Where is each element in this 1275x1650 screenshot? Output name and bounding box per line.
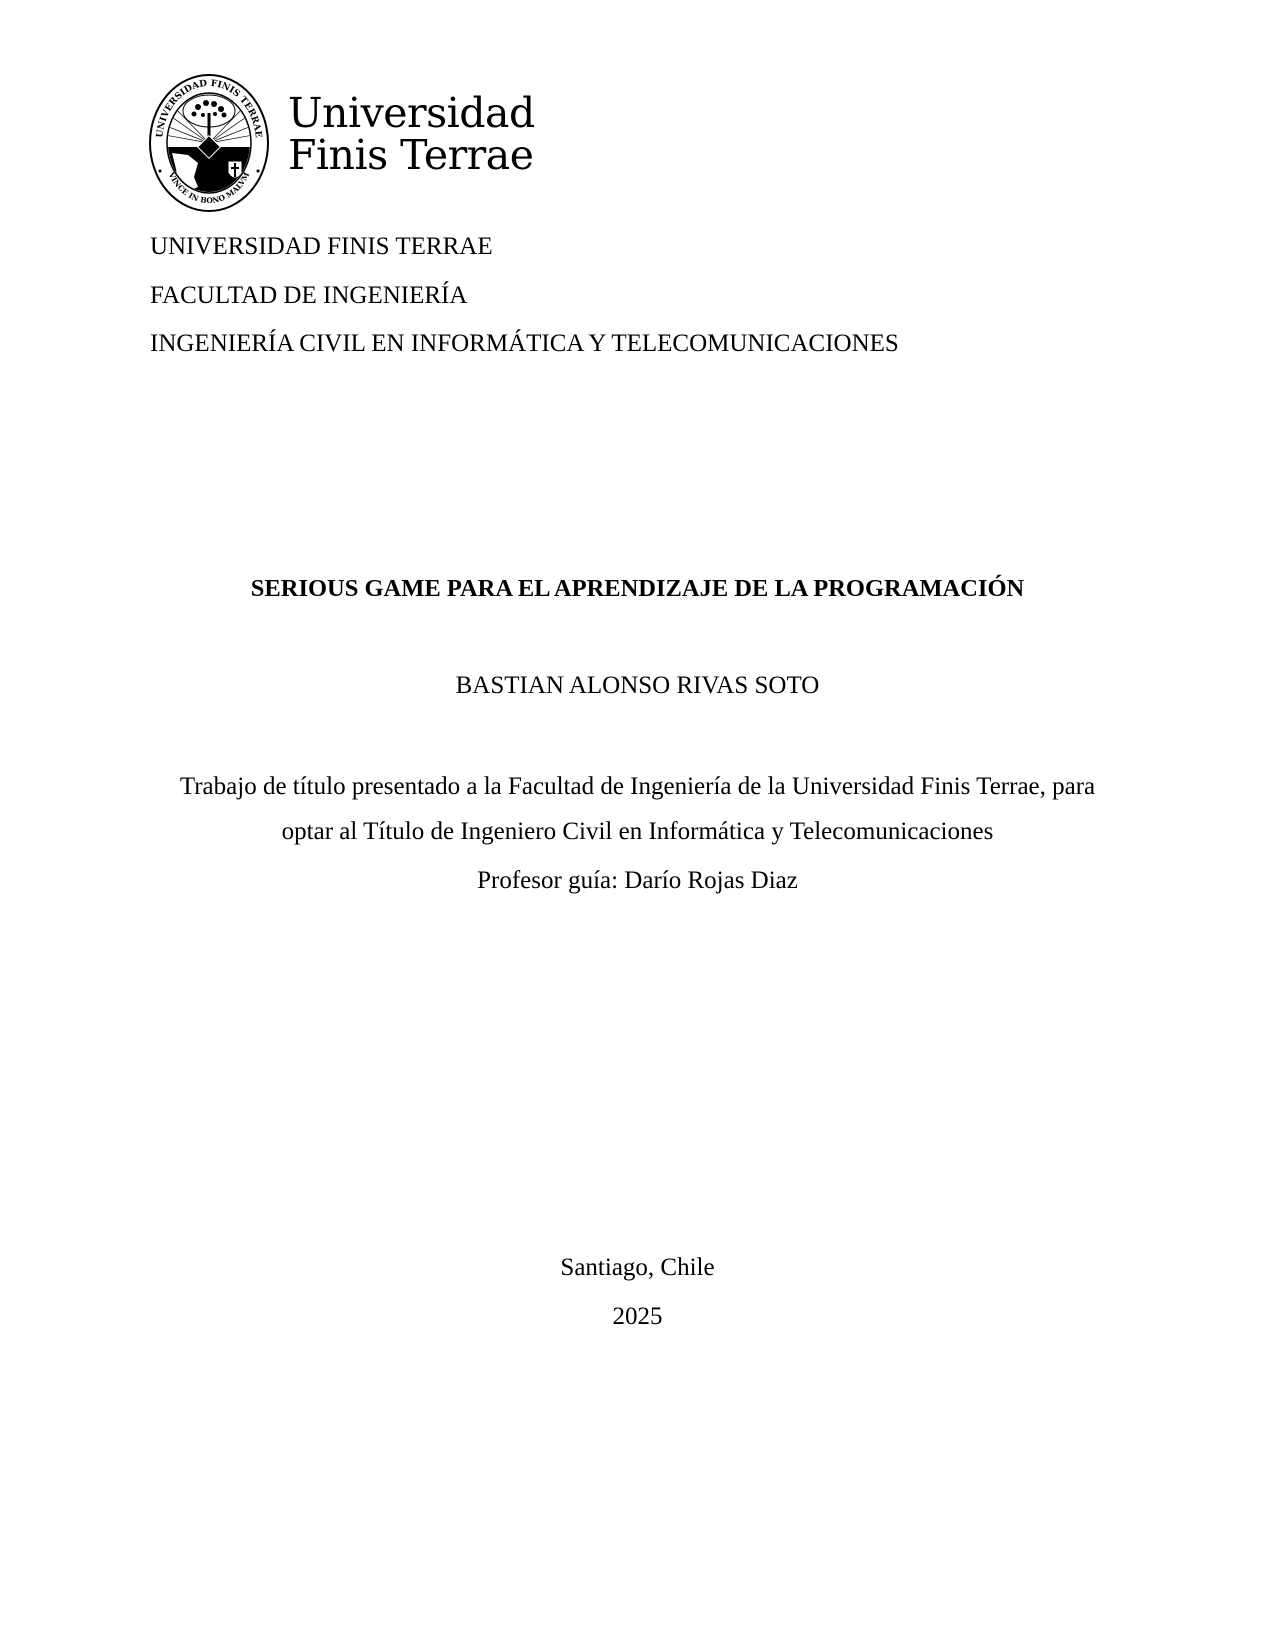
- year: 2025: [0, 1302, 1275, 1332]
- university-wordmark: Universidad Finis Terrae: [288, 92, 535, 176]
- author-name: BASTIAN ALONSO RIVAS SOTO: [0, 671, 1275, 701]
- description-line-2: optar al Título de Ingeniero Civil en In…: [0, 817, 1275, 847]
- thesis-title: SERIOUS GAME PARA EL APRENDIZAJE DE LA P…: [0, 574, 1275, 604]
- university-seal-icon: UNIVERSIDAD FINIS TERRAE VINCE IN BONO M…: [148, 73, 270, 213]
- advisor: Profesor guía: Darío Rojas Diaz: [0, 866, 1275, 896]
- faculty-name: FACULTAD DE INGENIERÍA: [150, 281, 467, 311]
- location: Santiago, Chile: [0, 1253, 1275, 1283]
- program-name: INGENIERÍA CIVIL EN INFORMÁTICA Y TELECO…: [150, 329, 899, 359]
- institution-name: UNIVERSIDAD FINIS TERRAE: [150, 232, 493, 262]
- description-line-1: Trabajo de título presentado a la Facult…: [0, 772, 1275, 802]
- wordmark-line-2: Finis Terrae: [288, 134, 535, 176]
- wordmark-line-1: Universidad: [288, 92, 535, 134]
